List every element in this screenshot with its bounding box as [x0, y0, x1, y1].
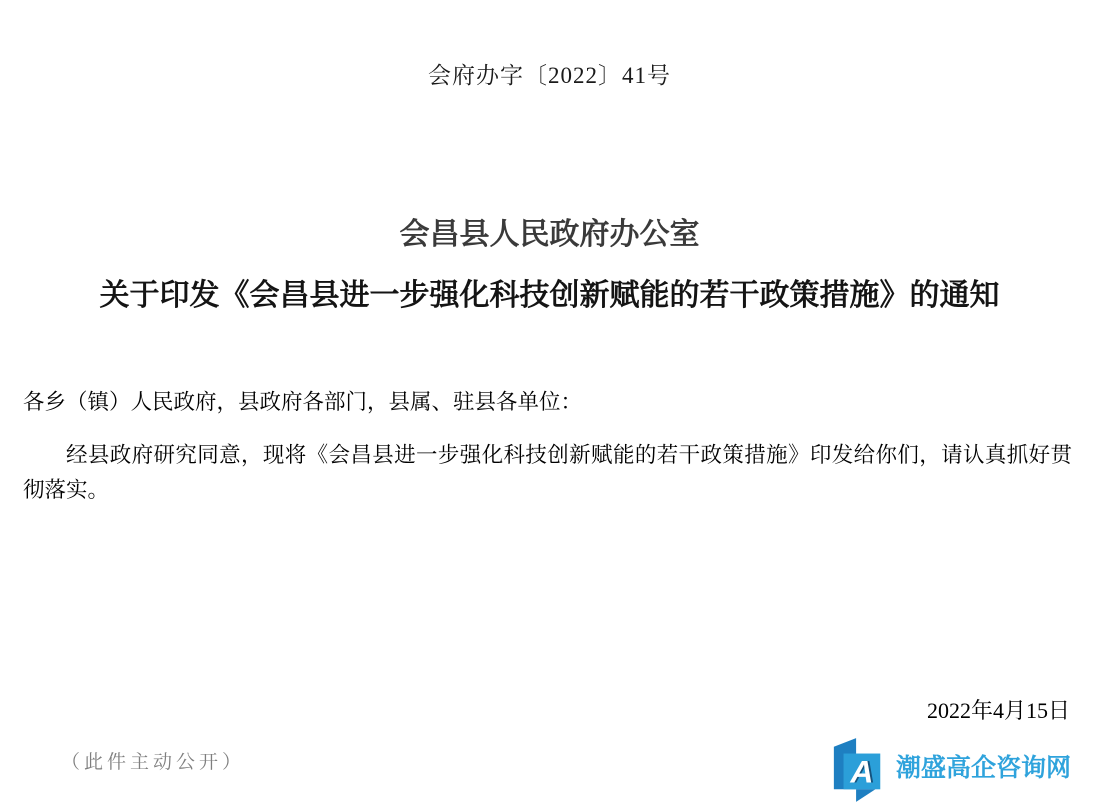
site-watermark: A A 潮盛高企咨询网	[830, 735, 1071, 803]
salutation-line: 各乡（镇）人民政府，县政府各部门，县属、驻县各单位：	[23, 388, 1071, 416]
body-paragraph: 经县政府研究同意，现将《会昌县进一步强化科技创新赋能的若干政策措施》印发给你们，…	[23, 438, 1072, 508]
document-page: 会府办字〔2022〕41号 会昌县人民政府办公室 关于印发《会昌县进一步强化科技…	[0, 0, 1099, 803]
site-logo-icon: A A	[830, 735, 888, 803]
issuing-office-title: 会昌县人民政府办公室	[0, 209, 1099, 253]
logo-bottom-flap-shape	[856, 789, 875, 802]
disclosure-note: （此件主动公开）	[61, 747, 245, 774]
notice-title: 关于印发《会昌县进一步强化科技创新赋能的若干政策措施》的通知	[0, 270, 1099, 314]
logo-letter: A	[849, 754, 873, 790]
issue-date: 2022年4月15日	[927, 694, 1070, 725]
site-name-text: 潮盛高企咨询网	[896, 748, 1071, 784]
document-number: 会府办字〔2022〕41号	[0, 57, 1099, 90]
